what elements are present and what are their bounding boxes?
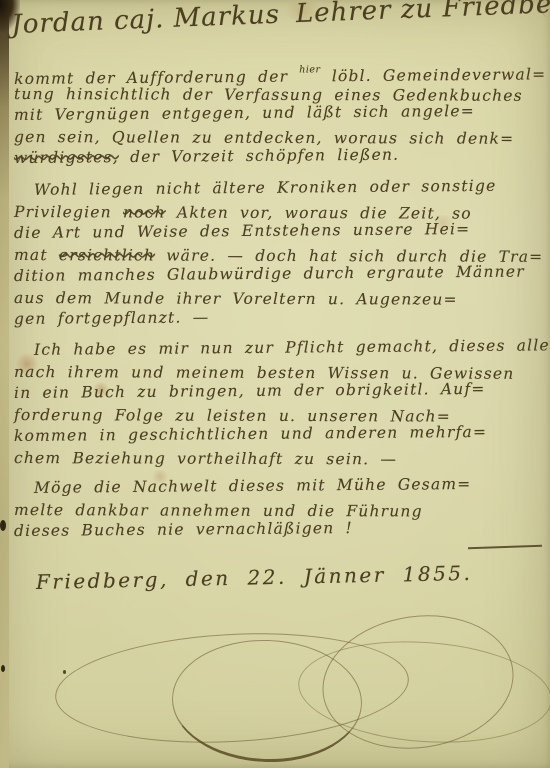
text-line: dieses Buches nie vernachläßigen !: [14, 516, 546, 542]
strikethrough-word: ersichtlich: [59, 246, 155, 264]
paragraph-4: Möge die Nachwelt dieses mit Mühe Gesam=…: [14, 478, 546, 543]
text-segment: löbl. Gemeindeverwal=: [332, 65, 547, 85]
text-segment: mat: [14, 246, 48, 264]
edge-speck: [0, 520, 6, 531]
text-line: Ich habe es mir nun zur Pflicht gemacht,…: [14, 335, 546, 361]
author-name: Jordan caj. Markus: [11, 0, 281, 40]
text-line: mit Vergnügen entgegen, und läßt sich an…: [14, 100, 546, 126]
manuscript-page: Jordan caj. MarkusLehrer zu Friedberg ko…: [0, 0, 550, 768]
text-line: kommt der Aufforderung der hier löbl. Ge…: [14, 57, 546, 83]
text-line: Wohl liegen nicht ältere Kroniken oder s…: [14, 175, 546, 201]
text-line: in ein Buch zu bringen, um der obrigkeit…: [14, 378, 546, 404]
superscript-insertion: hier: [299, 64, 320, 75]
text-line: kommen in geschichtlichen und anderen me…: [14, 421, 546, 447]
edge-speck: [1, 665, 5, 672]
text-line: chem Beziehung vortheilhaft zu sein. —: [14, 448, 546, 471]
paragraph-3: Ich habe es mir nun zur Pflicht gemacht,…: [14, 340, 546, 469]
page-left-edge: [0, 0, 9, 768]
text-line: dition manches Glaubwürdige durch ergrau…: [14, 261, 546, 287]
author-role: Lehrer zu Friedberg: [295, 0, 550, 29]
text-line: gen fortgepflanzt. —: [14, 304, 546, 330]
date-line: Friedberg, den 22. Jänner 1855.: [36, 561, 473, 594]
paragraph-1: kommt der Aufforderung der hier löbl. Ge…: [14, 62, 546, 170]
ink-speck: [63, 670, 66, 674]
strikethrough-word: würdigstes,: [14, 148, 119, 167]
text-segment: der Vorzeit schöpfen ließen.: [130, 146, 399, 166]
text-line: Möge die Nachwelt dieses mit Mühe Gesam=: [14, 473, 546, 499]
text-line: die Art und Weise des Entstehens unsere …: [14, 218, 546, 244]
strikethrough-word: noch: [123, 203, 166, 221]
text-segment: Privilegien: [14, 203, 112, 221]
closing-flourish-rule: [468, 545, 542, 550]
text-line: würdigstes, der Vorzeit schöpfen ließen.: [14, 143, 546, 169]
title-line: Jordan caj. MarkusLehrer zu Friedberg: [11, 0, 547, 40]
paragraph-2: Wohl liegen nicht ältere Kroniken oder s…: [14, 180, 546, 331]
